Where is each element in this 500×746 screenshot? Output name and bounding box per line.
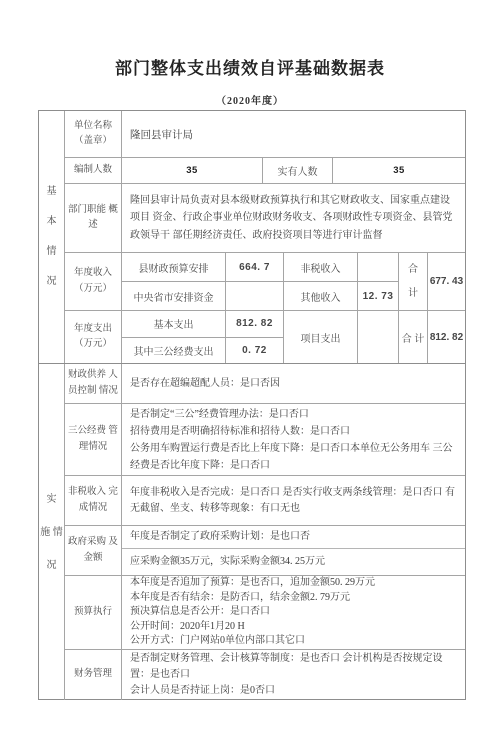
annual-expense-grid: 基本支出 812. 82 项目支出 合 计 812. 82 其中三公经费支出 0… [122,311,465,363]
unit-name-label: 单位名称 （盖章） [65,111,122,157]
fiscal-staffing-text: 是否存在超编超配人员：是口否因 [122,364,465,403]
income-total-label: 合 计 [399,253,428,310]
central-funds-value [226,282,284,310]
row-staff-counts: 编制人数 35 实有人数 35 [65,158,465,184]
nontax-completion-label: 非税收入 完 成情况 [65,476,122,525]
data-table: 基 本 情 况 单位名称 （盖章） 隆回县审计局 编制人数 35 实有人数 35… [38,110,466,700]
row-gov-procurement: 政府采购 及 金额 年度是否制定了政府采购计划：是也口否 应采购金额35万元，实… [65,526,465,576]
authorized-staff-value: 35 [122,158,263,183]
other-income-label: 其他收入 [284,282,358,310]
finance-mgmt-text: 是否制定财务管理、会计核算等制度：是也否口 会计机构是否按规定设置：是也否口 会… [122,650,465,700]
section-basic-label: 基 本 情 况 [39,111,65,363]
three-public-mgmt-label: 三公经费 管 理情况 [65,404,122,475]
annual-income-label: 年度收入 （万元） [65,253,122,310]
budget-execution-label: 预算执行 [65,576,122,649]
section-implementation: 实 施 情 况 财政供养 人 员控制 情况 是否存在超编超配人员：是口否因 三公… [39,364,465,700]
actual-staff-value: 35 [333,158,465,183]
section-basic: 基 本 情 况 单位名称 （盖章） 隆回县审计局 编制人数 35 实有人数 35… [39,111,465,364]
central-funds-label: 中央省市安排资金 [122,282,226,310]
duty-overview-label: 部门职能 概 述 [65,184,122,252]
income-total-value: 677. 43 [428,253,465,310]
page-subtitle: （2020年度） [0,92,500,107]
three-public-expense-label: 其中三公经费支出 [122,338,226,364]
county-budget-value: 664. 7 [226,253,284,282]
nontax-income-label: 非税收入 [284,253,358,282]
actual-staff-label: 实有人数 [263,158,333,183]
row-duty-overview: 部门职能 概 述 隆回县审计局负责对县本级财政预算执行和其它财政收支、国家重点建… [65,184,465,253]
unit-name-value: 隆回县审计局 [122,111,465,157]
nontax-income-value [358,253,399,282]
basic-expense-label: 基本支出 [122,311,226,338]
three-public-mgmt-text: 是否制定“三公”经费管理办法：是口否口 招待费用是否明确招待标准和招待人数：是口… [122,404,465,475]
row-fiscal-staffing: 财政供养 人 员控制 情况 是否存在超编超配人员：是口否因 [65,364,465,404]
row-unit-name: 单位名称 （盖章） 隆回县审计局 [65,111,465,158]
expense-total-label: 合 计 [399,311,428,363]
page-title: 部门整体支出绩效自评基础数据表 [0,0,500,79]
row-finance-mgmt: 财务管理 是否制定财务管理、会计核算等制度：是也否口 会计机构是否按规定设置：是… [65,650,465,700]
gov-procurement-amount-text: 应采购金额35万元，实际采购金额34. 25万元 [122,549,465,575]
three-public-expense-value: 0. 72 [226,338,284,364]
row-budget-execution: 预算执行 本年度是否追加了预算：是也否口，追加金额50. 29万元 本年度是否有… [65,576,465,650]
project-expense-value [358,311,399,363]
expense-total-value: 812. 82 [428,311,465,363]
row-annual-expense: 年度支出 （万元） 基本支出 812. 82 项目支出 合 计 812. 82 … [65,311,465,363]
basic-expense-value: 812. 82 [226,311,284,338]
fiscal-staffing-label: 财政供养 人 员控制 情况 [65,364,122,403]
finance-mgmt-label: 财务管理 [65,650,122,700]
other-income-value: 12. 73 [358,282,399,310]
duty-overview-text: 隆回县审计局负责对县本级财政预算执行和其它财政收支、国家重点建设项目 资金、行政… [122,184,465,252]
gov-procurement-label: 政府采购 及 金额 [65,526,122,575]
project-expense-label: 项目支出 [284,311,358,363]
row-annual-income: 年度收入 （万元） 县财政预算安排 664. 7 非税收入 合 计 677. 4… [65,253,465,311]
row-three-public-mgmt: 三公经费 管 理情况 是否制定“三公”经费管理办法：是口否口 招待费用是否明确招… [65,404,465,476]
annual-income-grid: 县财政预算安排 664. 7 非税收入 合 计 677. 43 中央省市安排资金… [122,253,465,310]
row-nontax-completion: 非税收入 完 成情况 年度非税收入是否完成：是口否口 是否实行收支两条线管理：是… [65,476,465,526]
nontax-completion-text: 年度非税收入是否完成：是口否口 是否实行收支两条线管理：是口否口 有无截留、坐支… [122,476,465,525]
gov-procurement-plan-text: 年度是否制定了政府采购计划：是也口否 [122,526,465,549]
section-implementation-label: 实 施 情 况 [39,364,65,700]
budget-execution-text: 本年度是否追加了预算：是也否口，追加金额50. 29万元 本年度是否有结余：是防… [122,576,465,649]
annual-expense-label: 年度支出 （万元） [65,311,122,363]
authorized-staff-label: 编制人数 [65,158,122,183]
county-budget-label: 县财政预算安排 [122,253,226,282]
